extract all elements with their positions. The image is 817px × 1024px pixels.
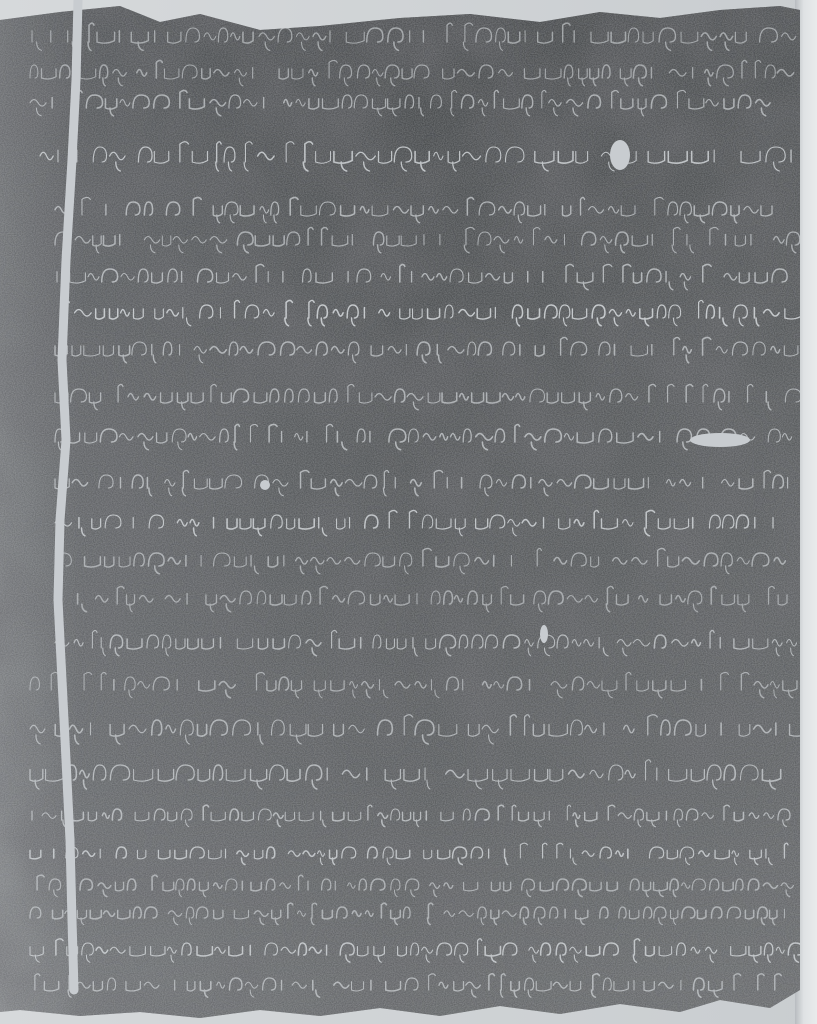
rubbing-surface [0,0,817,1024]
damage-flake [690,433,750,447]
damage-flake [540,625,548,643]
damage-flake [260,480,270,490]
rubbing-sheet [0,0,817,1024]
damage-flake [610,140,630,170]
